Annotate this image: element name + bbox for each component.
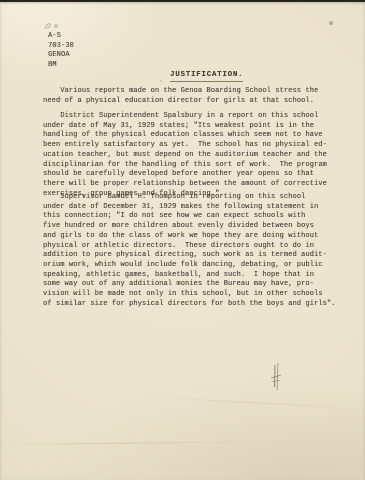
document-page: A-S 703-30 GENOA BM JUSTIFICATION. Vario… (0, 2, 365, 480)
paragraph-1: Various reports made on the Genoa Boardi… (43, 87, 318, 106)
document-title: JUSTIFICATION. (170, 70, 243, 82)
paragraph-3: Supervisor Samuel H. Thompson in reporti… (43, 193, 335, 309)
paper-specks (0, 2, 2, 4)
pencil-check-mark-icon (268, 362, 284, 394)
pencil-corner-mark-icon (43, 21, 55, 31)
paper-crease (150, 397, 350, 408)
scanned-document-screenshot: { "document": { "stamp_lines": "A-S\n703… (0, 0, 365, 480)
paper-crease (0, 440, 365, 445)
file-stamp: A-S 703-30 GENOA BM (48, 32, 74, 71)
paragraph-2: District Superintendent Spalsbury in a r… (43, 112, 327, 199)
